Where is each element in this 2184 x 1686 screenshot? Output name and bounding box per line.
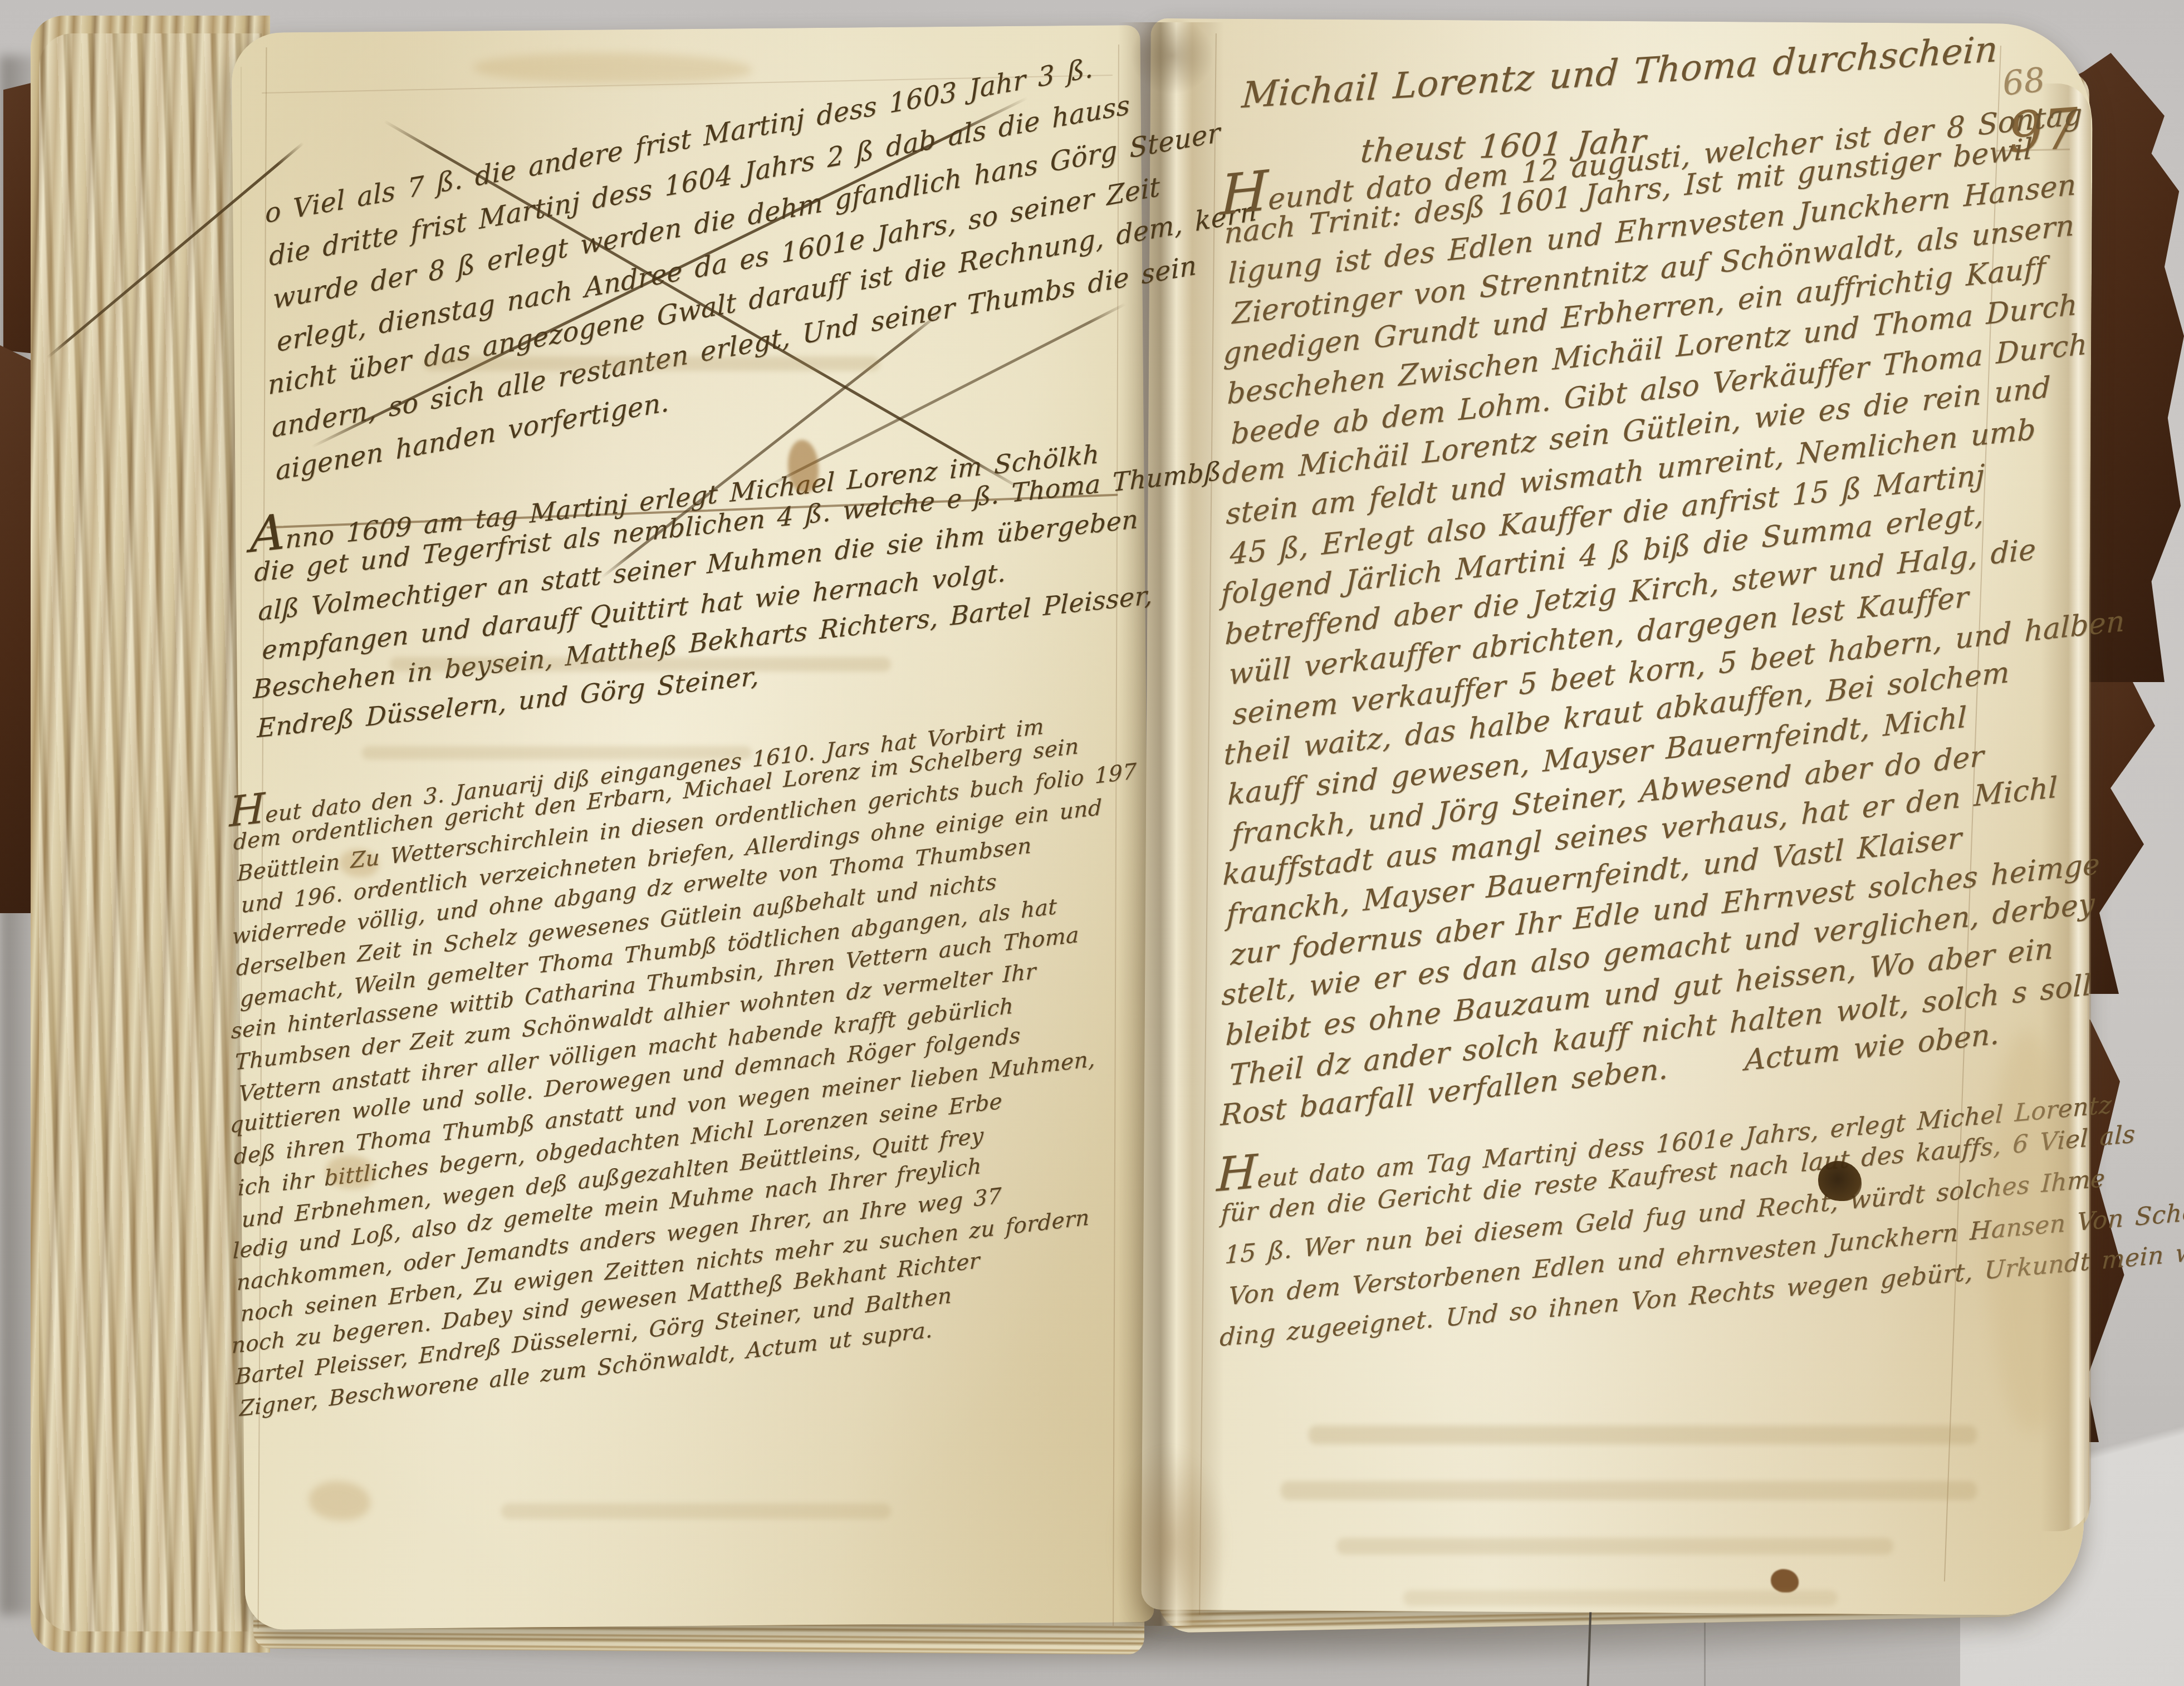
bleed-through-text: [1403, 1590, 1838, 1606]
bleed-through-text: [1336, 1538, 1893, 1555]
manuscript-book-photo: o Viel als 7 ß. die andere frist Martinj…: [0, 0, 2184, 1686]
fox-stain: [340, 849, 379, 877]
gutter-shadow-bottom: [1111, 1448, 1228, 1637]
bleed-through-text: [1309, 1425, 1977, 1444]
bleed-through-text: [1281, 1481, 1977, 1500]
bleed-through-text: [423, 356, 880, 371]
bleed-through-text: [362, 746, 752, 759]
bleed-through-text: [501, 1503, 891, 1519]
edge-chip-stain: [1771, 1569, 1799, 1592]
gutter-shadow-top: [1130, 17, 1214, 95]
bleed-through-text: [390, 657, 891, 672]
